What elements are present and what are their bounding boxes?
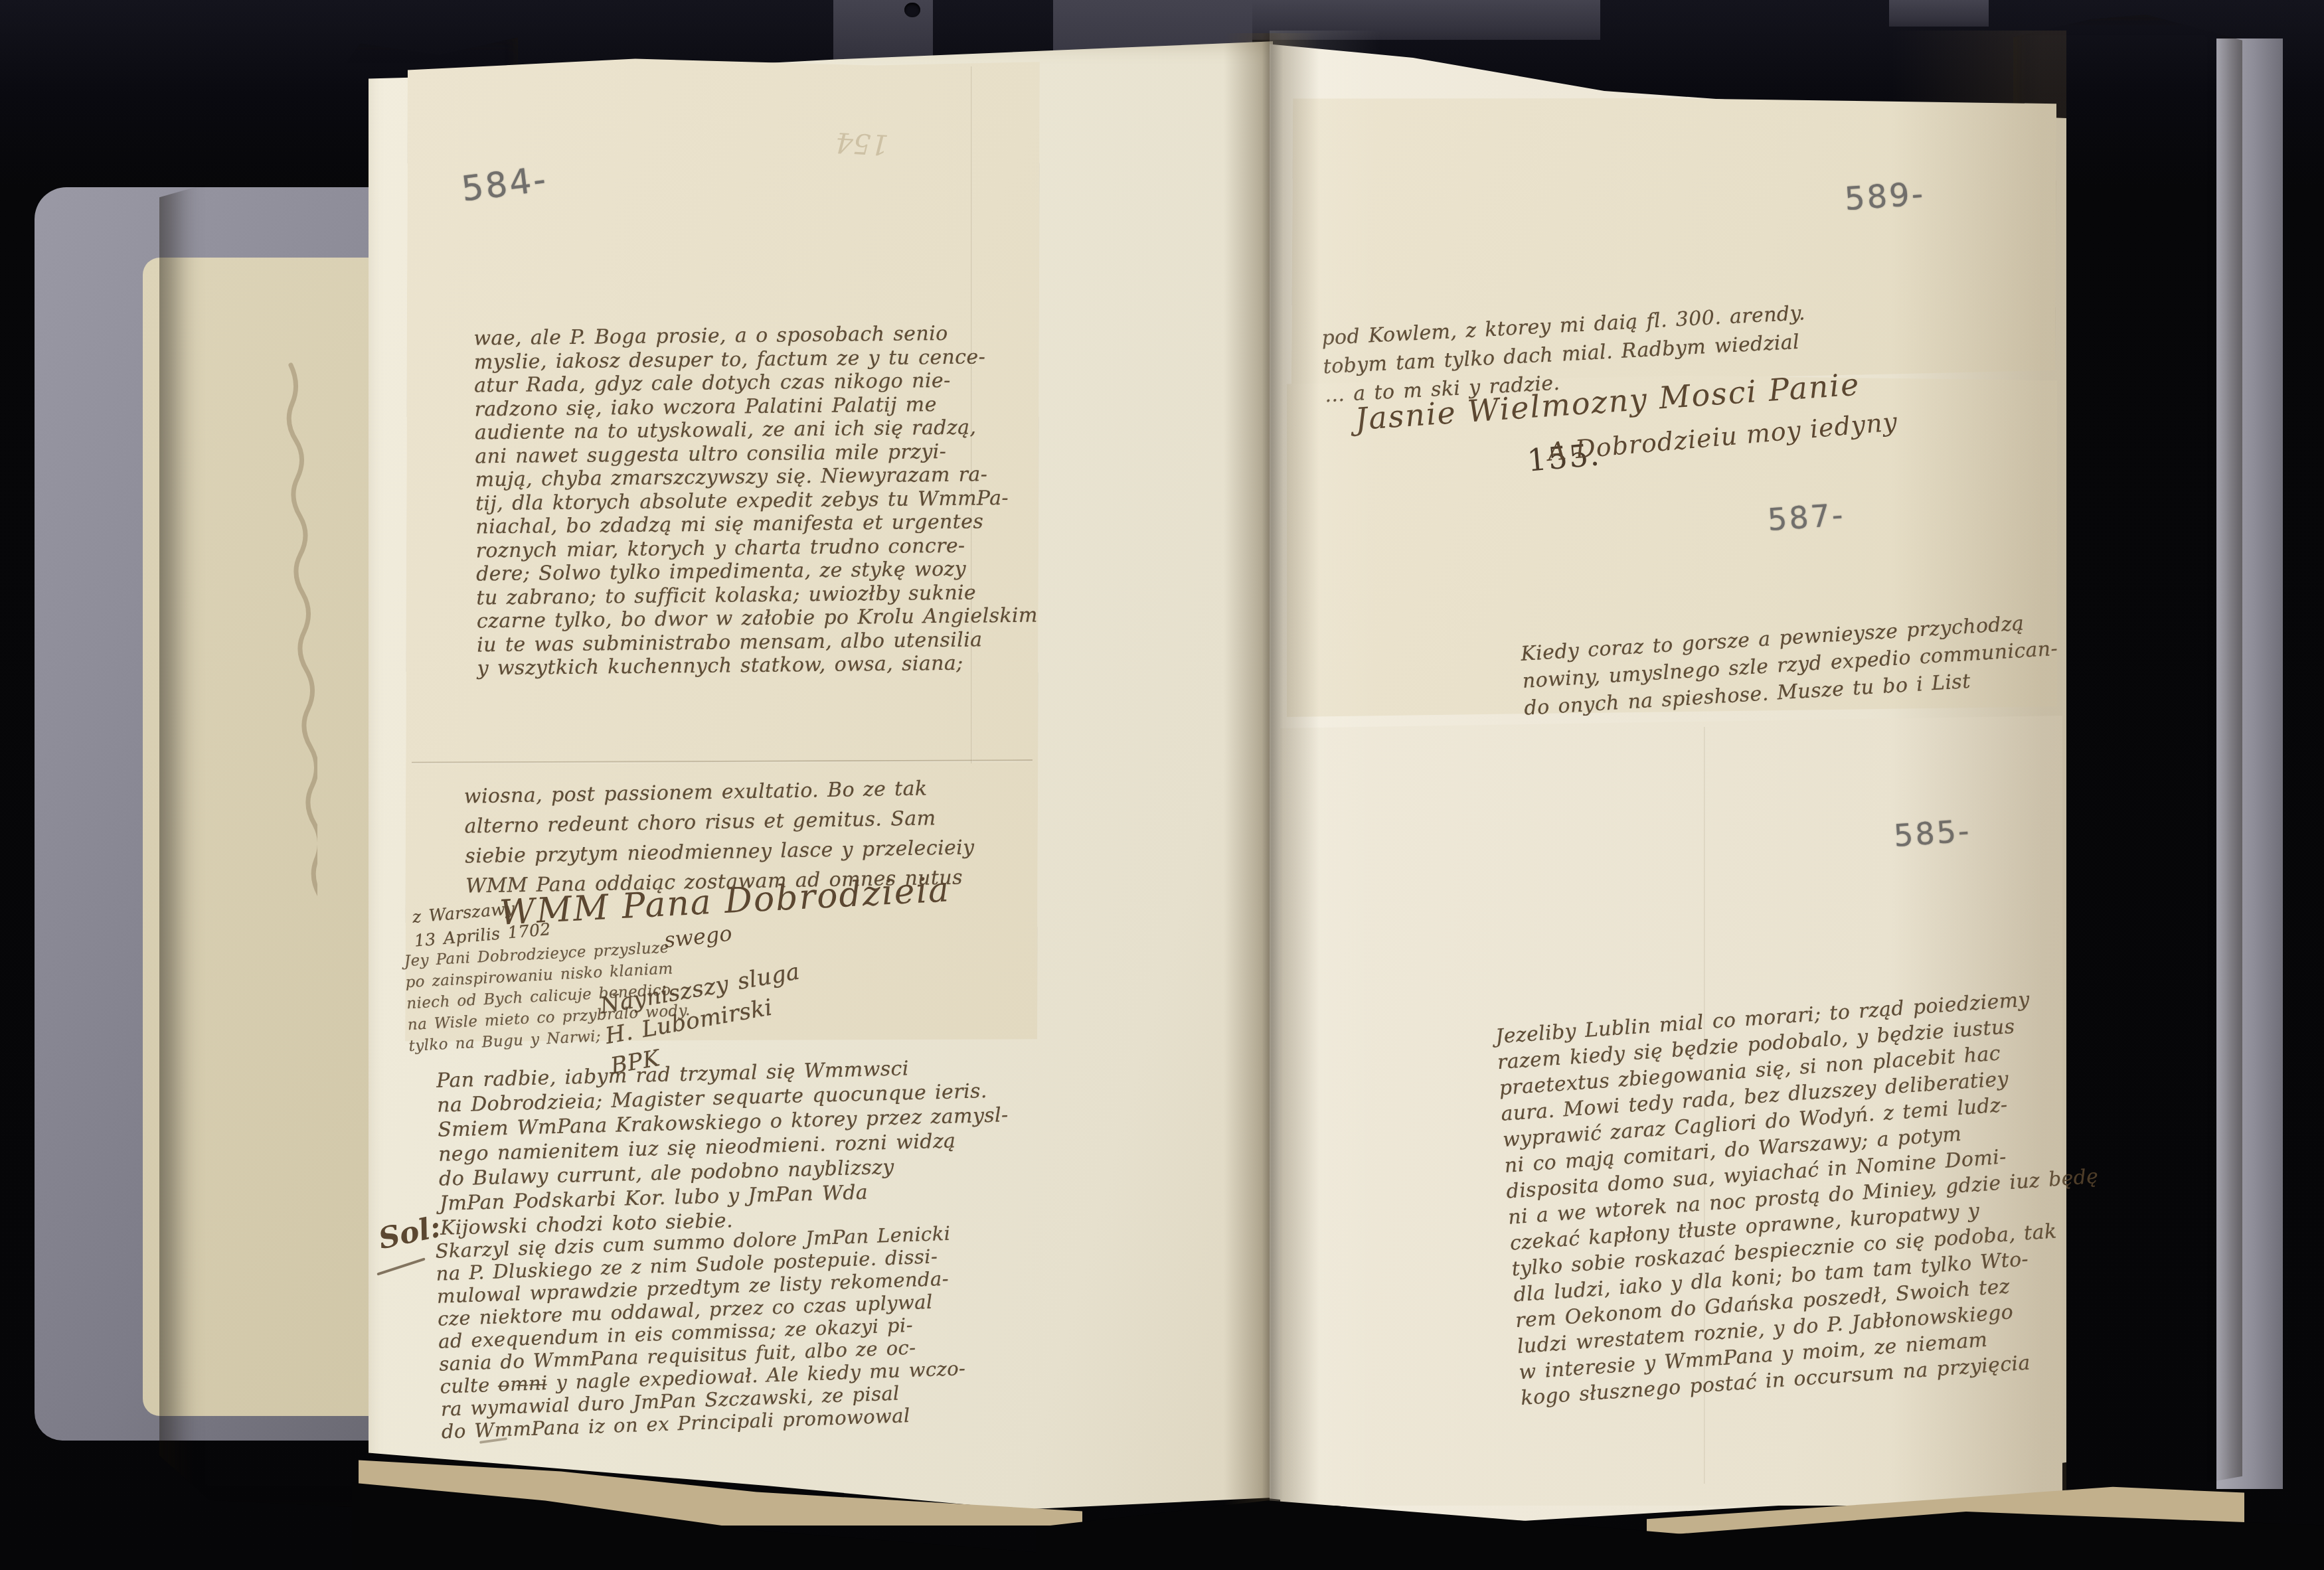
cradle-bracket-right [1889, 0, 1989, 27]
left-note-rada: Pan radbie, iabym rad trzymal się Wmmwsc… [436, 1053, 1038, 1240]
left-letter-body: wae, ale P. Boga prosie, a o sposobach s… [473, 321, 1035, 680]
ghost-number-154: 154 [835, 126, 890, 161]
edge-bleedthrough-marks [271, 358, 317, 982]
folio-number-589: 589- [1843, 175, 1926, 218]
folio-number-585: 585- [1892, 813, 1972, 854]
right-letter-body: Jezeliby Lublin mial co morari; to rząd … [1495, 971, 2277, 1411]
cradle-bracket-hole [904, 3, 920, 17]
book-gutter-shadow [1224, 33, 1319, 1535]
manuscript-photo: 584- 154 589- 155. 587- 585- wae, ale P.… [0, 0, 2324, 1570]
folio-number-587: 587- [1766, 497, 1846, 538]
left-note-sol: Skarzyl się dzis cum summo dolore JmPan … [435, 1219, 1039, 1443]
